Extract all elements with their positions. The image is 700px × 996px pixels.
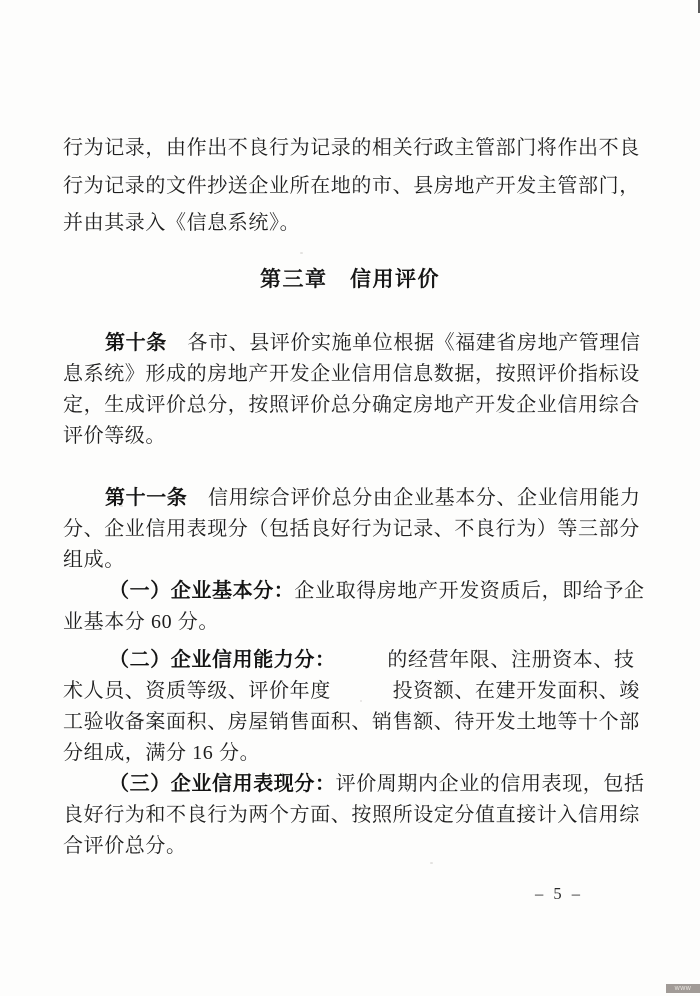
paragraph-line: 第十条 各市、县评价实施单位根据《福建省房地产管理信 (105, 328, 663, 359)
article-10-paragraph: 第十条 各市、县评价实施单位根据《福建省房地产管理信 息系统》形成的房地产开发企… (63, 328, 663, 452)
item-3-label: （三）企业信用表现分： (109, 773, 336, 795)
paragraph-line: （二）企业信用能力分： 的经营年限、注册资本、技 (109, 645, 663, 676)
paragraph-line: 良好行为和不良行为两个方面、按照所设定分值直接计入信用综 (63, 800, 663, 831)
paragraph-line: 并由其录入《信息系统》。 (63, 205, 663, 243)
scan-speck (300, 252, 303, 254)
paragraph-line: 术人员、资质等级、评价年度 投资额、在建开发面积、竣 (63, 676, 663, 707)
paragraph-line: 工验收备案面积、房屋销售面积、销售额、待开发土地等十个部 (63, 707, 663, 738)
paragraph-line: 行为记录的文件抄送企业所在地的市、县房地产开发主管部门， (63, 168, 663, 206)
item-1-paragraph: （一）企业基本分：企业取得房地产开发资质后，即给予企 业基本分 60 分。 (63, 576, 663, 638)
chapter-heading: 第三章 信用评价 (0, 264, 700, 295)
item-2-label: （二）企业信用能力分： (109, 649, 326, 671)
scan-speck (430, 862, 433, 864)
item-2-paragraph: （二）企业信用能力分： 的经营年限、注册资本、技 术人员、资质等级、评价年度 投… (63, 645, 663, 769)
paragraph-line: 息系统》形成的房地产开发企业信用信息数据，按照评价指标设 (63, 359, 663, 390)
scan-speck (120, 505, 123, 507)
paragraph-line: （一）企业基本分：企业取得房地产开发资质后，即给予企 (109, 576, 663, 607)
paragraph-text: 评价周期内企业的信用表现，包括 (336, 773, 645, 795)
corner-watermark: www (666, 984, 700, 993)
paragraph-line: 评价等级。 (63, 421, 663, 452)
article-number-label: 第十条 (105, 332, 167, 354)
article-11-section: 第十一条 信用综合评价总分由企业基本分、企业信用能力 分、企业信用表现分（包括良… (63, 483, 663, 862)
paragraph-line: （三）企业信用表现分：评价周期内企业的信用表现，包括 (109, 769, 663, 800)
paragraph-line: 分、企业信用表现分（包括良好行为记录、不良行为）等三部分 (63, 514, 663, 545)
item-3-paragraph: （三）企业信用表现分：评价周期内企业的信用表现，包括 良好行为和不良行为两个方面… (63, 769, 663, 862)
paragraph-line: 第十一条 信用综合评价总分由企业基本分、企业信用能力 (105, 483, 663, 514)
paragraph-text: 各市、县评价实施单位根据《福建省房地产管理信 (167, 332, 641, 354)
scanned-document-page: 行为记录，由作出不良行为记录的相关行政主管部门将作出不良 行为记录的文件抄送企业… (0, 0, 700, 996)
paragraph-line: 组成。 (63, 545, 663, 576)
paragraph-line: 行为记录，由作出不良行为记录的相关行政主管部门将作出不良 (63, 130, 663, 168)
page-number: – 5 – (524, 884, 594, 904)
paragraph-line: 合评价总分。 (63, 831, 663, 862)
paragraph-line: 定，生成评价总分，按照评价总分确定房地产开发企业信用综合 (63, 390, 663, 421)
paragraph-text: 企业取得房地产开发资质后，即给予企 (294, 580, 644, 602)
paragraph-text: 信用综合评价总分由企业基本分、企业信用能力 (187, 487, 640, 509)
paragraph-line: 业基本分 60 分。 (63, 607, 663, 638)
paragraph-text: 的经营年限、注册资本、技 (326, 649, 635, 671)
scan-speck (360, 700, 362, 702)
intro-paragraph: 行为记录，由作出不良行为记录的相关行政主管部门将作出不良 行为记录的文件抄送企业… (63, 130, 663, 243)
paragraph-line: 分组成，满分 16 分。 (63, 738, 663, 769)
item-1-label: （一）企业基本分： (109, 580, 294, 602)
article-number-label: 第十一条 (105, 487, 187, 509)
